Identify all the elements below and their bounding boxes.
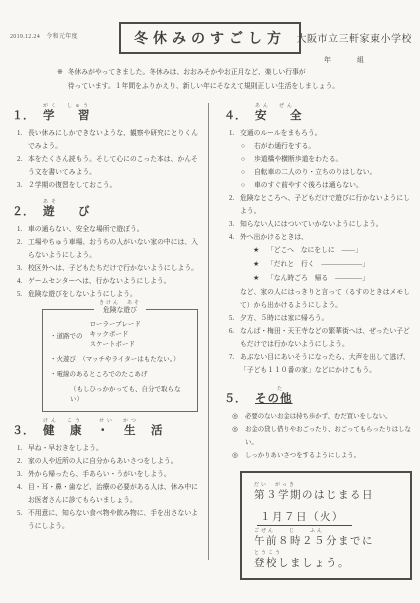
item-number: 3.	[229, 218, 240, 231]
list-item: 3. 外から帰ったら、手あらい・うがいをしよう。	[17, 468, 202, 481]
term-start-title: 第３学期のはじまる日	[254, 489, 402, 502]
item-text: 目・耳・鼻・歯など、治療の必要がある人は、休み中にお医者さんに診てもらいましょう…	[28, 481, 202, 507]
item-number: 3.	[17, 262, 28, 275]
fire-play-line: ・火遊び （マッチやライターはもたない。）	[50, 355, 190, 365]
item-number: 5.	[17, 288, 28, 301]
list-item: 4. ゲームセンターへは、行かないようにしよう。	[17, 275, 202, 288]
section-heading-other: ５． た その他	[224, 387, 416, 405]
item-text: ゲームセンターへは、行かないようにしよう。	[28, 275, 202, 288]
item-number: 4.	[229, 231, 240, 244]
list-item: 3. ２学期の復習をしておこう。	[17, 179, 202, 192]
item-number: 6.	[229, 325, 240, 351]
other-item: ◎ 必要のないお金は持ち歩かず、むだ買いをしない。	[232, 410, 416, 423]
list-item: 3. 校区外へは、子どもたちだけで行かないようにしよう。	[17, 262, 202, 275]
section-heading-health: ３． けん こう せい かつ 健 康 ・ 生 活	[12, 419, 202, 437]
item-number: 3.	[17, 468, 28, 481]
star-bullet-icon: ★	[253, 244, 267, 258]
list-item: 7. あぶない目にあいそうになったら、大声を出して逃げ、「子ども１１０番の家」な…	[229, 351, 416, 377]
item-text: 右がわ通行をする。	[254, 140, 315, 153]
term-start-box: だい がっき 第３学期のはじまる日 １月７日（火） ごぜん じ ふん 午前８時２…	[240, 471, 412, 580]
kite-note: （もしひっかかっても、自分で取らない）	[50, 385, 190, 405]
item-number: 2.	[229, 192, 240, 218]
circle-bullet-icon: ○	[241, 179, 254, 192]
list-item: 5. 危険な遊びをしないようにしよう。	[17, 288, 202, 301]
section-title: 学 習	[43, 110, 96, 122]
item-text: ２学期の復習をしておこう。	[28, 179, 202, 192]
item-text: 歩道橋や横断歩道をわたる。	[254, 153, 342, 166]
item-number: 2.	[17, 455, 28, 468]
item-text: あぶない目にあいそうになったら、大声を出して逃げ、「子ども１１０番の家」などにか…	[240, 351, 416, 377]
section-title-wrap: あそ 遊 び	[43, 200, 96, 218]
item-number: 1.	[17, 223, 28, 236]
item-text: 危険なところへ、子どもだけで遊びに行かないようにしよう。	[240, 192, 416, 218]
arrival-time: 午前８時２５分までに	[254, 535, 402, 548]
item-number: 1.	[229, 127, 240, 140]
list-item: 6. なんば・梅田・天王寺などの繁華街へは、ぜったい子どもだけでは行かないように…	[229, 325, 416, 351]
other-item: ◎ しっかりあいさつをするようにしよう。	[232, 449, 416, 462]
section-title-wrap: た その他	[255, 387, 293, 405]
rule-item: ○ 歩道橋や横断歩道をわたる。	[241, 153, 416, 166]
item-text: 夕方、５時には家に帰ろう。	[240, 312, 416, 325]
section-title: 安 全	[255, 110, 308, 122]
danger-play-box: きけん あそ 危険な遊び ・道路での ローラーブレード キックボード スケートボ…	[42, 309, 198, 412]
item-text: 「だれと 行く ――――――」	[267, 258, 369, 272]
section-number: １．	[12, 110, 34, 122]
item-text: 外から帰ったら、手あらい・うがいをしよう。	[28, 468, 202, 481]
item-number: 7.	[229, 351, 240, 377]
star-bullet-icon: ★	[253, 258, 267, 272]
section-heading-study: １． がく しゅう 学 習	[12, 104, 202, 122]
road-item-list: ローラーブレード キックボード スケートボード	[90, 320, 141, 350]
road-item: キックボード	[90, 330, 141, 340]
section-heading-safety: ４． あん ぜん 安 全	[224, 104, 416, 122]
section-heading-play: ２． あそ 遊 び	[12, 200, 202, 218]
item-text: 自転車の二人のり・立ちのりはしない。	[254, 166, 376, 179]
section-title: その他	[255, 393, 293, 405]
list-item: 1. 早ね・早おきをしよう。	[17, 442, 202, 455]
star-bullet-icon: ★	[253, 272, 267, 286]
item-text: 長い休みにしかできないような、観察や研究にとりくんでみよう。	[28, 127, 202, 153]
danger-box-title: きけん あそ 危険な遊び	[94, 301, 146, 315]
item-number: 3.	[17, 179, 28, 192]
list-item: 1. 車の通らない、安全な場所で遊ぼう。	[17, 223, 202, 236]
item-text: 交通のルールをまもろう。	[240, 127, 416, 140]
item-number: 2.	[17, 153, 28, 179]
document-date: 2019.12.24 令和元年度	[10, 31, 78, 40]
list-item: 5. 夕方、５時には家に帰ろう。	[229, 312, 416, 325]
year-class-label: 年 組	[324, 55, 368, 65]
intro-line-2: 待っています。１年間をふりかえり、新しい年にそなえて規則正しい生活をしましょう。	[68, 80, 339, 94]
road-play-row: ・道路での ローラーブレード キックボード スケートボード	[50, 320, 190, 350]
left-column: １． がく しゅう 学 習 1. 長い休みにしかできないような、観察や研究にとり…	[0, 101, 210, 580]
item-number: 1.	[17, 127, 28, 153]
road-item: ローラーブレード	[90, 320, 141, 330]
list-item: 2. 本をたくさん読もう。そして心にのこった本は、かんそう文を書いてみよう。	[17, 153, 202, 179]
road-item: スケートボード	[90, 340, 141, 350]
section-title-wrap: がく しゅう 学 習	[43, 104, 96, 122]
section-number: ５．	[224, 393, 246, 405]
school-name: 大阪市立三軒家東小学校	[297, 30, 413, 45]
section-title-wrap: あん ぜん 安 全	[255, 104, 308, 122]
item-text: 危険な遊びをしないようにしよう。	[28, 288, 202, 301]
list-item: 4. 目・耳・鼻・歯など、治療の必要がある人は、休み中にお医者さんに診てもらいま…	[17, 481, 202, 507]
item-text: 本をたくさん読もう。そして心にのこった本は、かんそう文を書いてみよう。	[28, 153, 202, 179]
item-text: 外へ出かけるときは、	[240, 231, 416, 244]
item-text: 家の人や近所の人に自分からあいさつをしよう。	[28, 455, 202, 468]
item-text: 車の通らない、安全な場所で遊ぼう。	[28, 223, 202, 236]
item-text: 知らない人にはついていかないようにしよう。	[240, 218, 416, 231]
double-circle-bullet-icon: ◎	[232, 410, 245, 423]
item-number: 2.	[17, 236, 28, 262]
list-item: 3. 知らない人にはついていかないようにしよう。	[229, 218, 416, 231]
outing-rule: ★ 「なん時ごろ 帰る ――――」	[253, 272, 416, 286]
item-text: 車のすぐ前やすぐ後ろは通らない。	[254, 179, 363, 192]
section-number: ４．	[224, 110, 246, 122]
list-item: 4. 外へ出かけるときは、	[229, 231, 416, 244]
item-number: 5.	[17, 507, 28, 533]
other-item: ◎ お金の貸し借りやおごったり、おごってもらったりはしない。	[232, 423, 416, 449]
rule-item: ○ 自転車の二人のり・立ちのりはしない。	[241, 166, 416, 179]
intro-line-1: 冬休みがやってきました。冬休みは、おおみそかやお正月など、楽しい行事が	[68, 66, 339, 80]
intro-text: 冬休みがやってきました。冬休みは、おおみそかやお正月など、楽しい行事が 待ってい…	[68, 66, 339, 94]
item-text: 工場やちゅう車場、おうちの人がいない家の中には、入らないようにしよう。	[28, 236, 202, 262]
item-text: 必要のないお金は持ち歩かず、むだ買いをしない。	[245, 410, 391, 423]
section-number: ３．	[12, 425, 34, 437]
item-text: しっかりあいさつをするようにしよう。	[245, 449, 360, 462]
item-text: 校区外へは、子どもたちだけで行かないようにしよう。	[28, 262, 202, 275]
page-title: 冬休みのすごし方	[134, 32, 286, 47]
double-circle-bullet-icon: ◎	[232, 423, 245, 449]
section-title-wrap: けん こう せい かつ 健 康 ・ 生 活	[43, 419, 165, 437]
list-item: 2. 家の人や近所の人に自分からあいさつをしよう。	[17, 455, 202, 468]
item-number: 5.	[229, 312, 240, 325]
note-asterisk-icon: ※	[57, 66, 63, 94]
item-text: 不用意に、知らない食べ物や飲み物に、手を出さないようにしよう。	[28, 507, 202, 533]
circle-bullet-icon: ○	[241, 153, 254, 166]
item-text: なんば・梅田・天王寺などの繁華街へは、ぜったい子どもだけでは行かないようにしよう…	[240, 325, 416, 351]
document-page: 2019.12.24 令和元年度 冬休みのすごし方 大阪市立三軒家東小学校 年 …	[0, 0, 420, 603]
two-column-body: １． がく しゅう 学 習 1. 長い休みにしかできないような、観察や研究にとり…	[0, 101, 420, 580]
outing-note: など、家の人にはっきりと言って（るすのときはメモして）から出かけるようにしよう。	[240, 286, 416, 312]
section-title: 遊 び	[43, 206, 96, 218]
circle-bullet-icon: ○	[241, 166, 254, 179]
item-number: 4.	[17, 481, 28, 507]
item-number: 4.	[17, 275, 28, 288]
intro-note: ※ 冬休みがやってきました。冬休みは、おおみそかやお正月など、楽しい行事が 待っ…	[57, 66, 372, 94]
attend-school-line: 登校しましょう。	[254, 557, 402, 570]
rule-item: ○ 右がわ通行をする。	[241, 140, 416, 153]
section-title: 健 康 ・ 生 活	[43, 425, 165, 437]
list-item: 1. 交通のルールをまもろう。	[229, 127, 416, 140]
kite-line: ・電線のあるところでのたこあげ	[50, 370, 190, 380]
item-text: 「どこへ なにをしに ――」	[267, 244, 362, 258]
list-item: 2. 危険なところへ、子どもだけで遊びに行かないようにしよう。	[229, 192, 416, 218]
box-title-text: 危険な遊び	[103, 307, 137, 315]
double-circle-bullet-icon: ◎	[232, 449, 245, 462]
outing-rule: ★ 「どこへ なにをしに ――」	[253, 244, 416, 258]
right-column: ４． あん ぜん 安 全 1. 交通のルールをまもろう。 ○ 右がわ通行をする。…	[210, 101, 420, 580]
item-text: 「なん時ごろ 帰る ――――」	[267, 272, 369, 286]
list-item: 5. 不用意に、知らない食べ物や飲み物に、手を出さないようにしよう。	[17, 507, 202, 533]
title-box: 冬休みのすごし方	[119, 22, 301, 54]
item-text: お金の貸し借りやおごったり、おごってもらったりはしない。	[245, 423, 416, 449]
outing-rule: ★ 「だれと 行く ――――――」	[253, 258, 416, 272]
rule-item: ○ 車のすぐ前やすぐ後ろは通らない。	[241, 179, 416, 192]
item-number: 1.	[17, 442, 28, 455]
list-item: 2. 工場やちゅう車場、おうちの人がいない家の中には、入らないようにしよう。	[17, 236, 202, 262]
road-label: ・道路での	[50, 331, 83, 340]
section-number: ２．	[12, 206, 34, 218]
term-start-date: １月７日（火）	[257, 511, 352, 526]
list-item: 1. 長い休みにしかできないような、観察や研究にとりくんでみよう。	[17, 127, 202, 153]
item-text: 早ね・早おきをしよう。	[28, 442, 202, 455]
circle-bullet-icon: ○	[241, 140, 254, 153]
